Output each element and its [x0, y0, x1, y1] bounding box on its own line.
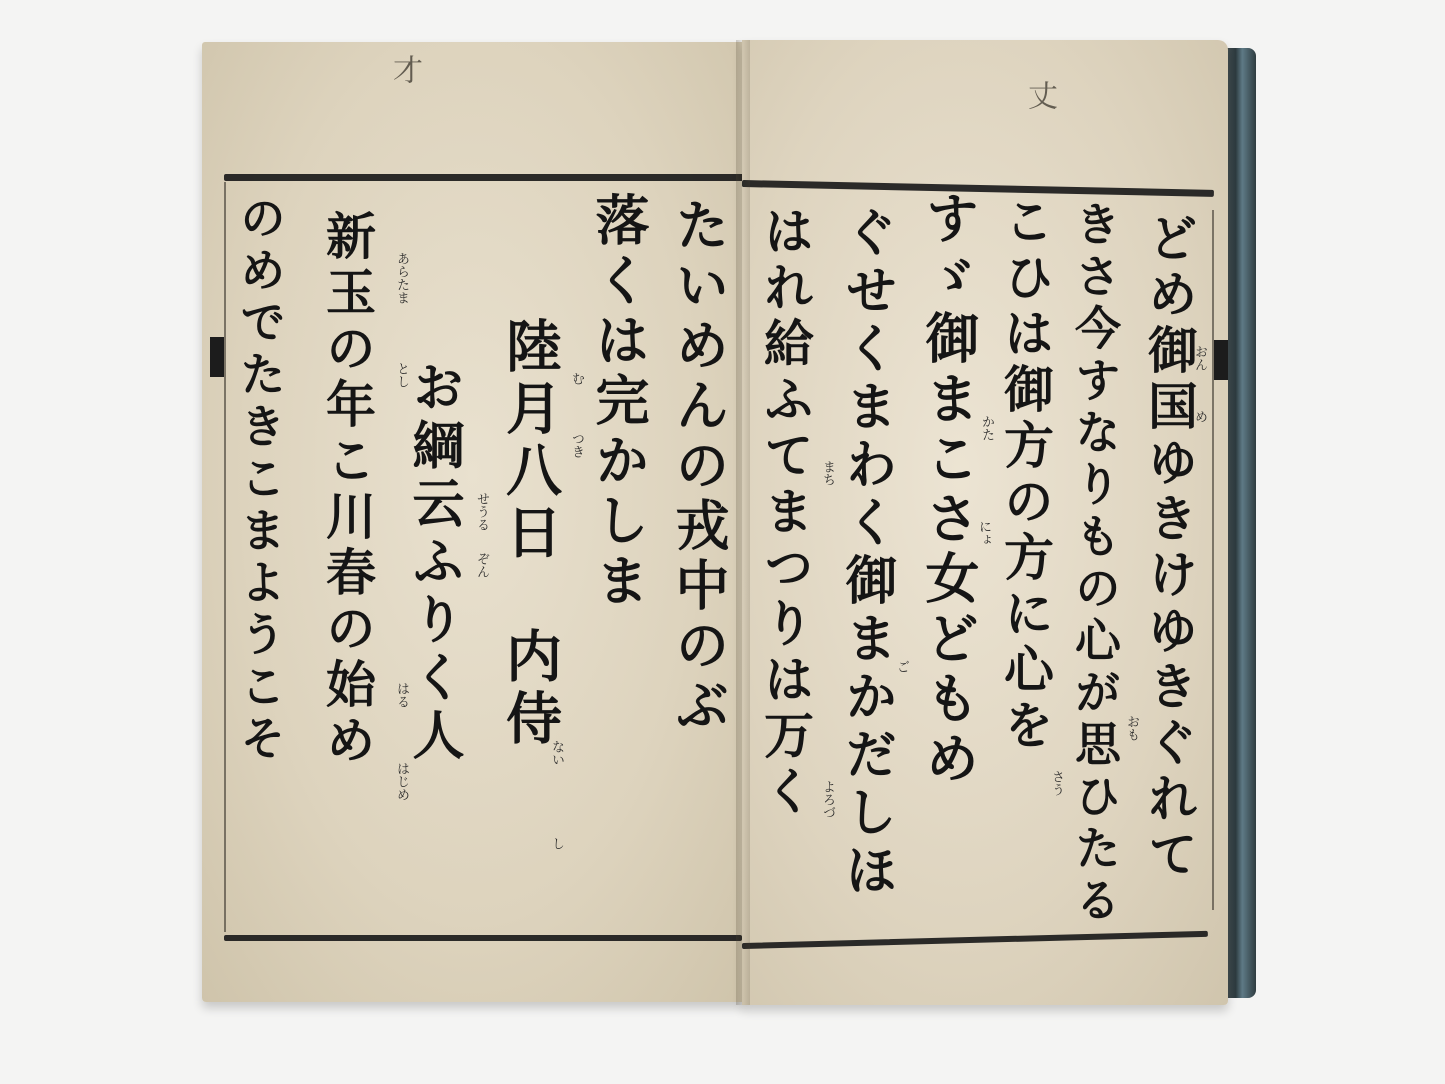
furigana: ご	[892, 660, 911, 673]
furigana: おん	[1190, 345, 1209, 371]
left-column-1: たいめんの戎中のぶ	[672, 197, 726, 737]
furigana: せうる	[472, 492, 491, 531]
left-column-3: 陸月八日 内侍	[502, 317, 558, 751]
furigana: ぞん	[472, 552, 491, 578]
furigana: にょ	[974, 520, 993, 546]
right-column-2: きさ今すなりもの心が思ひたる	[1072, 200, 1118, 928]
furigana: あらたま	[392, 252, 411, 304]
right-column-6: はれ給ふてまつりは万く	[760, 205, 810, 821]
right-border-line	[1212, 210, 1214, 910]
left-top-rule	[224, 174, 744, 181]
furigana: む	[567, 372, 586, 385]
right-bottom-rule	[742, 931, 1208, 949]
right-column-1: どめ御国ゆきけゆきぐれて	[1144, 212, 1194, 884]
left-page-margin-mark: 才	[382, 54, 426, 84]
right-page-margin-mark: 丈	[1017, 80, 1061, 110]
right-page: 丈 どめ御国ゆきけゆきぐれて きさ今すなりもの心が思ひたる こひは御方の方に心を…	[742, 40, 1228, 1005]
furigana: かた	[977, 415, 996, 441]
furigana: はじめ	[392, 762, 411, 801]
furigana: とし	[392, 362, 411, 388]
right-fold-marker	[1214, 340, 1228, 380]
furigana: はる	[392, 682, 411, 708]
right-column-5: ぐせくまわく御まかだしほ	[840, 205, 892, 901]
left-bottom-rule	[224, 935, 742, 941]
right-column-3: こひは御方の方に心を	[1000, 195, 1050, 755]
left-column-4: お綱云ふりく人	[407, 360, 459, 766]
left-column-6: のめでたきこまようこそ	[237, 194, 283, 766]
furigana: おも	[1122, 715, 1141, 741]
open-book: 才 たいめんの戎中のぶ 落くは完かしま 陸月八日 内侍 お綱云ふりく人 新玉の年…	[196, 40, 1268, 1040]
left-page: 才 たいめんの戎中のぶ 落くは完かしま 陸月八日 内侍 お綱云ふりく人 新玉の年…	[202, 42, 744, 1002]
furigana: ない	[547, 740, 566, 766]
furigana: まち	[818, 460, 837, 486]
book-spine	[736, 40, 750, 1005]
right-column-4: すゞ御まこさ女どもめ	[922, 190, 976, 790]
left-column-5: 新玉の年こ川春の始め	[322, 210, 372, 770]
furigana: よろづ	[818, 780, 837, 819]
left-column-2: 落くは完かしま	[592, 192, 646, 612]
left-fold-marker	[210, 337, 224, 377]
furigana: め	[1190, 410, 1209, 423]
furigana: つき	[567, 432, 586, 458]
left-border-line	[224, 182, 226, 932]
furigana: し	[547, 837, 566, 850]
furigana: さう	[1047, 770, 1066, 796]
